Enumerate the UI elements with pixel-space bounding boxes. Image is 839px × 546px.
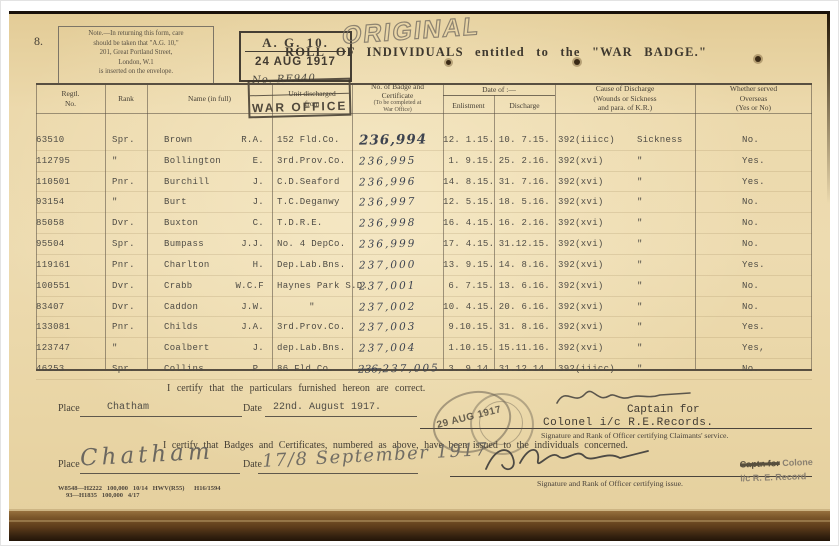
date-value-1: 22nd. August 1917. xyxy=(273,402,381,413)
badge-number: 236,996 xyxy=(359,175,417,188)
cause-paragraph: 392(iiicc) xyxy=(558,135,615,145)
cell-overseas: Yes, xyxy=(695,343,812,353)
badge-header-main: No. of Badge and Certificate xyxy=(371,83,424,100)
cell-name: Brown R.A. xyxy=(147,135,272,145)
table-row: 119161 Pnr. Charlton H. Dep.Lab.Bns. 237… xyxy=(36,255,812,276)
issue-officer-stamp: Captn for Colone i/c R. E. Record xyxy=(740,456,830,485)
cell-regtl-no: 83407 xyxy=(36,302,105,312)
cell-enlistment-date: 6. 7.15. xyxy=(443,281,494,291)
cell-initials: P. xyxy=(253,364,264,374)
col-header-rank: Rank xyxy=(105,83,147,114)
table-row: 100551 Dvr. Crabb W.C.F Haynes Park S.D.… xyxy=(36,276,812,297)
cell-badge-no: 236,237,005 xyxy=(352,362,443,376)
cell-unit: T.C.Deganwy xyxy=(272,197,352,207)
cell-initials: E. xyxy=(253,156,264,166)
fill-line xyxy=(80,416,242,417)
cell-unit: 152 Fld.Co. xyxy=(272,135,352,145)
cause-paragraph: 392(xvi) xyxy=(558,239,604,249)
cell-overseas: Yes. xyxy=(695,322,812,332)
cell-regtl-no: 93154 xyxy=(36,197,105,207)
cell-enlistment-date: 16. 4.15. xyxy=(443,218,494,228)
cell-badge-no: 237,000 xyxy=(352,258,443,272)
punch-hole xyxy=(574,59,580,65)
table-row: 46253 Spr. Collins P. 86 Fld.Co. 236,237… xyxy=(36,359,812,380)
cell-initials: J.J. xyxy=(241,239,264,249)
cell-name: Bollington E. xyxy=(147,156,272,166)
badge-number: 237,002 xyxy=(359,300,417,313)
cell-unit: Dep.Lab.Bns. xyxy=(272,260,352,270)
cell-cause: 392(xvi) " xyxy=(555,156,695,166)
cell-discharge-date: 14. 8.16. xyxy=(494,260,555,270)
cell-cause: 392(xvi) " xyxy=(555,177,695,187)
badge-struck-prefix: 236, xyxy=(358,363,382,375)
col-header-cause: Cause of Discharge (Wounds or Sickness a… xyxy=(555,83,695,114)
cell-regtl-no: 46253 xyxy=(36,364,105,374)
table-body: 63510 Spr. Brown R.A. 152 Fld.Co. 236,99… xyxy=(36,130,812,380)
cell-regtl-no: 63510 xyxy=(36,135,105,145)
cell-rank: " xyxy=(105,156,147,166)
cell-surname: Coalbert xyxy=(164,343,210,353)
cell-unit: 3rd.Prov.Co. xyxy=(272,322,352,332)
cell-badge-no: 237,001 xyxy=(352,279,443,293)
cell-rank: Pnr. xyxy=(105,322,147,332)
cell-surname: Brown xyxy=(164,135,193,145)
col-header-unit: Unit discharged from xyxy=(272,83,352,114)
printer-imprint-line-1: W8548—H2222 100,000 10/14 HWV(R55) H16/1… xyxy=(58,485,221,492)
cell-discharge-date: 31. 8.16. xyxy=(494,322,555,332)
table-row: 85058 Dvr. Buxton C. T.D.R.E. 236,998 16… xyxy=(36,213,812,234)
badge-number: 237,004 xyxy=(359,342,417,355)
badge-number: 236,995 xyxy=(359,154,417,167)
cell-enlistment-date: 17. 4.15. xyxy=(443,239,494,249)
book-binding-edge xyxy=(9,509,830,541)
cell-cause: 392(xvi) " xyxy=(555,302,695,312)
cell-cause: 392(xvi) " xyxy=(555,218,695,228)
cell-rank: Dvr. xyxy=(105,302,147,312)
cell-enlistment-date: 10. 4.15. xyxy=(443,302,494,312)
scanned-document-page: 8. Note.—In returning this form, care sh… xyxy=(0,0,839,546)
cell-enlistment-date: 1.10.15. xyxy=(443,343,494,353)
place-label-1: Place xyxy=(58,403,80,414)
cell-initials: J. xyxy=(253,177,264,187)
cell-badge-no: 236,999 xyxy=(352,237,443,251)
cell-rank: Pnr. xyxy=(105,260,147,270)
cell-regtl-no: 133081 xyxy=(36,322,105,332)
cell-badge-no: 236,997 xyxy=(352,196,443,210)
table-row: 133081 Pnr. Childs J.A. 3rd.Prov.Co. 237… xyxy=(36,317,812,338)
cell-enlistment-date: 9.10.15. xyxy=(443,322,494,332)
title-war-badge: "WAR BADGE." xyxy=(592,45,707,59)
cause-note: " xyxy=(637,218,695,228)
cell-regtl-no: 119161 xyxy=(36,260,105,270)
table-row: 93154 " Burt J. T.C.Deganwy 236,997 12. … xyxy=(36,192,812,213)
cell-discharge-date: 15.11.16. xyxy=(494,343,555,353)
cell-badge-no: 236,995 xyxy=(352,154,443,168)
badge-number: 237,001 xyxy=(359,279,417,292)
cell-surname: Bumpass xyxy=(164,239,204,249)
punch-hole xyxy=(446,60,451,65)
col-header-enlistment: Enlistment xyxy=(443,96,494,114)
cell-overseas: No. xyxy=(695,364,812,374)
signature-scribble-issue xyxy=(478,438,653,478)
badge-number: 236,997 xyxy=(359,196,417,209)
cell-name: Buxton C. xyxy=(147,218,272,228)
cell-surname: Childs xyxy=(164,322,198,332)
badge-number: 236,994 xyxy=(359,131,427,148)
cell-unit: T.D.R.E. xyxy=(272,218,352,228)
title-main: ROLL OF INDIVIDUALS entitled to the xyxy=(285,45,581,59)
badge-number: 237,005 xyxy=(382,362,440,375)
cell-initials: R.A. xyxy=(241,135,264,145)
cell-rank: " xyxy=(105,343,147,353)
envelope-note: Note.—In returning this form, care shoul… xyxy=(58,26,214,84)
cell-overseas: No. xyxy=(695,281,812,291)
certification-statement-1: I certify that the particulars furnished… xyxy=(167,383,425,394)
cell-discharge-date: 18. 5.16. xyxy=(494,197,555,207)
fill-line xyxy=(265,416,417,417)
cell-cause: 392(xvi) " xyxy=(555,281,695,291)
cell-enlistment-date: 12. 1.15. xyxy=(443,135,494,145)
cell-regtl-no: 100551 xyxy=(36,281,105,291)
place-label-2: Place xyxy=(58,459,80,470)
cell-surname: Charlton xyxy=(164,260,210,270)
cell-cause: 392(iiicc) " xyxy=(555,364,695,374)
cell-regtl-no: 110501 xyxy=(36,177,105,187)
cell-name: Coalbert J. xyxy=(147,343,272,353)
issue-stamp-rest: Colone xyxy=(780,457,813,468)
badge-number: 237,003 xyxy=(359,321,417,334)
cell-badge-no: 236,996 xyxy=(352,175,443,189)
cell-regtl-no: 95504 xyxy=(36,239,105,249)
cell-surname: Buxton xyxy=(164,218,198,228)
cell-unit: dep.Lab.Bns. xyxy=(272,343,352,353)
cell-badge-no: 237,003 xyxy=(352,321,443,335)
cell-regtl-no: 112795 xyxy=(36,156,105,166)
cell-enlistment-date: 1. 9.15. xyxy=(443,156,494,166)
issue-stamp-line2: i/c R. E. Record xyxy=(740,471,806,483)
cell-cause: 392(xvi) " xyxy=(555,239,695,249)
cell-unit: 86 Fld.Co. xyxy=(272,364,352,374)
col-header-date-of: Date of :— xyxy=(443,83,555,96)
cell-cause: 392(xvi) " xyxy=(555,197,695,207)
table-header-row: Regtl. No. Rank Name (in full) Unit disc… xyxy=(36,83,812,113)
fill-line xyxy=(258,473,418,474)
cell-unit: C.D.Seaford xyxy=(272,177,352,187)
cell-regtl-no: 85058 xyxy=(36,218,105,228)
cause-paragraph: 392(xvi) xyxy=(558,302,604,312)
cell-unit: Haynes Park S.D. xyxy=(272,281,352,291)
cell-unit: 3rd.Prov.Co. xyxy=(272,156,352,166)
col-header-name: Name (in full) xyxy=(147,83,272,114)
badge-number: 237,000 xyxy=(359,259,417,272)
cell-overseas: No. xyxy=(695,197,812,207)
page-number: 8. xyxy=(34,34,43,49)
cause-note: " xyxy=(637,281,695,291)
cell-enlistment-date: 14. 8.15. xyxy=(443,177,494,187)
cause-paragraph: 392(xvi) xyxy=(558,197,604,207)
col-header-regtl-no: Regtl. No. xyxy=(36,83,105,114)
cause-note: " xyxy=(637,322,695,332)
issue-stamp-struck: Captn for xyxy=(740,458,780,469)
cause-note: " xyxy=(637,343,695,353)
cell-overseas: Yes. xyxy=(695,156,812,166)
table-row: 110501 Pnr. Burchill J. C.D.Seaford 236,… xyxy=(36,172,812,193)
col-header-dates: Date of :— Enlistment Discharge xyxy=(443,83,555,114)
cell-initials: J. xyxy=(253,197,264,207)
cell-initials: J. xyxy=(253,343,264,353)
cause-note: " xyxy=(637,239,695,249)
cause-paragraph: 392(xvi) xyxy=(558,260,604,270)
badge-header-sub: (To be completed at War Office) xyxy=(374,100,422,114)
cause-note: " xyxy=(637,156,695,166)
cell-overseas: Yes. xyxy=(695,260,812,270)
cell-overseas: No. xyxy=(695,302,812,312)
cause-paragraph: 392(xvi) xyxy=(558,281,604,291)
cell-discharge-date: 13. 6.16. xyxy=(494,281,555,291)
cell-name: Caddon J.W. xyxy=(147,302,272,312)
cell-initials: C. xyxy=(253,218,264,228)
cell-name: Charlton H. xyxy=(147,260,272,270)
cause-paragraph: 392(iiicc) xyxy=(558,364,615,374)
cause-paragraph: 392(xvi) xyxy=(558,156,604,166)
place-value-1: Chatham xyxy=(107,402,149,413)
cause-paragraph: 392(xvi) xyxy=(558,343,604,353)
cell-discharge-date: 31.12.14. xyxy=(494,364,555,374)
cell-surname: Bollington xyxy=(164,156,221,166)
cell-rank: Spr. xyxy=(105,364,147,374)
cell-cause: 392(iiicc) Sickness xyxy=(555,135,695,145)
cell-badge-no: 236,998 xyxy=(352,216,443,230)
cell-discharge-date: 31. 7.16. xyxy=(494,177,555,187)
cell-rank: " xyxy=(105,197,147,207)
cell-rank: Spr. xyxy=(105,239,147,249)
col-header-badge-no: No. of Badge and Certificate (To be comp… xyxy=(352,83,443,114)
badge-number: 236,998 xyxy=(359,217,417,230)
cell-name: Collins P. xyxy=(147,364,272,374)
cell-badge-no: 236,994 xyxy=(352,131,443,149)
cell-initials: H. xyxy=(253,260,264,270)
col-header-overseas: Whether served Overseas (Yes or No) xyxy=(695,83,812,114)
cell-cause: 392(xvi) " xyxy=(555,260,695,270)
cell-unit: " xyxy=(272,302,352,312)
cell-badge-no: 237,002 xyxy=(352,300,443,314)
cell-enlistment-date: 3. 9.14. xyxy=(443,364,494,374)
cell-name: Childs J.A. xyxy=(147,322,272,332)
badge-number: 236,999 xyxy=(359,238,417,251)
table-row: 83407 Dvr. Caddon J.W. " 237,002 10. 4.1… xyxy=(36,297,812,318)
cell-discharge-date: 31.12.15. xyxy=(494,239,555,249)
cause-note: " xyxy=(637,364,695,374)
cell-surname: Caddon xyxy=(164,302,198,312)
date-label-2: Date xyxy=(243,459,262,470)
cell-cause: 392(xvi) " xyxy=(555,322,695,332)
cause-note: " xyxy=(637,177,695,187)
cell-name: Crabb W.C.F xyxy=(147,281,272,291)
cell-rank: Pnr. xyxy=(105,177,147,187)
cell-overseas: No. xyxy=(695,239,812,249)
date-label-1: Date xyxy=(243,403,262,414)
punch-hole xyxy=(755,56,761,62)
col-header-discharge: Discharge xyxy=(494,96,555,114)
cause-note: " xyxy=(637,302,695,312)
table-row: 123747 " Coalbert J. dep.Lab.Bns. 237,00… xyxy=(36,338,812,359)
cell-surname: Collins xyxy=(164,364,204,374)
cell-unit: No. 4 DepCo. xyxy=(272,239,352,249)
cell-rank: Spr. xyxy=(105,135,147,145)
cell-enlistment-date: 13. 9.15. xyxy=(443,260,494,270)
cell-initials: W.C.F xyxy=(235,281,264,291)
cause-note: " xyxy=(637,260,695,270)
cell-enlistment-date: 12. 5.15. xyxy=(443,197,494,207)
cause-paragraph: 392(xvi) xyxy=(558,177,604,187)
cause-paragraph: 392(xvi) xyxy=(558,322,604,332)
cell-cause: 392(xvi) " xyxy=(555,343,695,353)
cell-discharge-date: 10. 7.15. xyxy=(494,135,555,145)
cell-rank: Dvr. xyxy=(105,218,147,228)
cell-surname: Burt xyxy=(164,197,187,207)
signer-rank-line-1: Captain for xyxy=(627,404,700,416)
cell-overseas: No. xyxy=(695,135,812,145)
cell-badge-no: 237,004 xyxy=(352,341,443,355)
cell-name: Burchill J. xyxy=(147,177,272,187)
cell-name: Burt J. xyxy=(147,197,272,207)
photo-shadow-edge xyxy=(827,14,830,204)
cell-initials: J.W. xyxy=(241,302,264,312)
cell-overseas: No. xyxy=(695,218,812,228)
signature-caption-2: Signature and Rank of Officer certifying… xyxy=(537,479,683,488)
cause-note: " xyxy=(637,197,695,207)
cell-regtl-no: 123747 xyxy=(36,343,105,353)
cell-overseas: Yes. xyxy=(695,177,812,187)
issue-officer-stamp-clip: Captn for Colone i/c R. E. Record xyxy=(740,456,830,494)
cell-discharge-date: 20. 6.16. xyxy=(494,302,555,312)
cell-initials: J.A. xyxy=(241,322,264,332)
cell-discharge-date: 25. 2.16. xyxy=(494,156,555,166)
table-row: 95504 Spr. Bumpass J.J. No. 4 DepCo. 236… xyxy=(36,234,812,255)
cause-paragraph: 392(xvi) xyxy=(558,218,604,228)
table-row: 63510 Spr. Brown R.A. 152 Fld.Co. 236,99… xyxy=(36,130,812,151)
cause-note: Sickness xyxy=(637,135,695,145)
fill-line xyxy=(80,473,240,474)
table-row: 112795 " Bollington E. 3rd.Prov.Co. 236,… xyxy=(36,151,812,172)
printer-imprint-line-2: 93—H1835 100,000 4/17 xyxy=(66,492,140,499)
cell-rank: Dvr. xyxy=(105,281,147,291)
cell-discharge-date: 16. 2.16. xyxy=(494,218,555,228)
cell-surname: Crabb xyxy=(164,281,193,291)
cell-surname: Burchill xyxy=(164,177,210,187)
cell-name: Bumpass J.J. xyxy=(147,239,272,249)
